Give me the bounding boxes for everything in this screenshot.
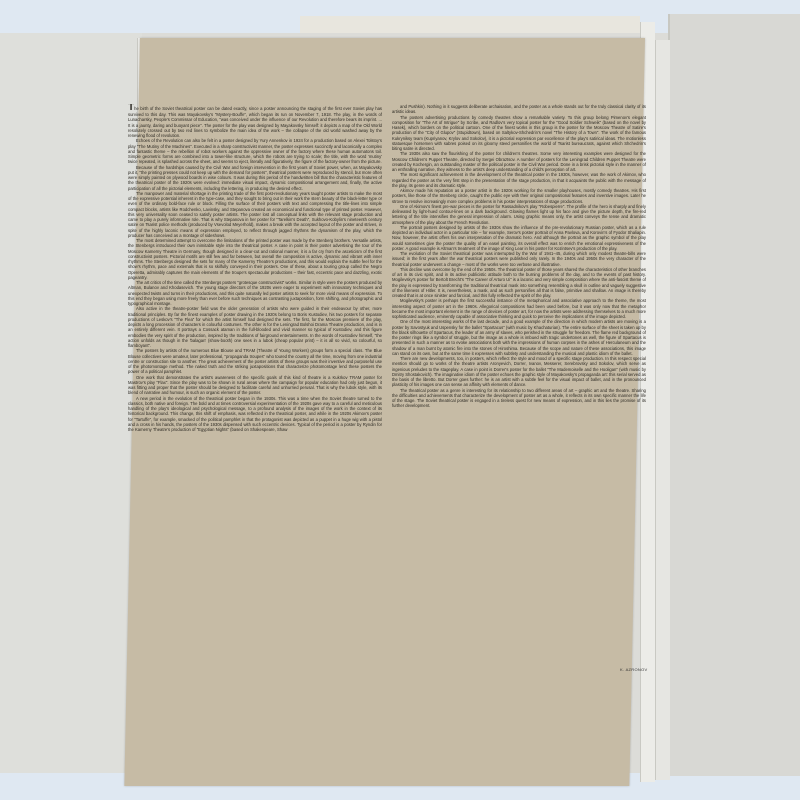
paragraph: A new period in the evolution of the the… <box>128 396 382 433</box>
paragraph: The birth of the Soviet theatrical poste… <box>128 104 382 138</box>
paragraph: Akimov made his reputation as a poster a… <box>392 188 646 204</box>
folder-left-panel <box>0 33 142 773</box>
paragraph: The posters advertising productions by c… <box>392 115 646 152</box>
paragraph: The theatrical poster as a genre is inte… <box>392 388 646 409</box>
paragraph: The most determined attempt to overcome … <box>128 238 382 280</box>
text-columns: The birth of the Soviet theatrical poste… <box>128 104 646 664</box>
folder-right-flap <box>668 14 800 776</box>
paragraph: Because of the hardships caused by the C… <box>128 165 382 191</box>
column-left: The birth of the Soviet theatrical poste… <box>128 104 382 664</box>
paragraph: One work that demonstrates the artist's … <box>128 375 382 396</box>
paragraph: The most significant achievement in the … <box>392 172 646 188</box>
paragraph: This decline was overcome by the end of … <box>392 267 646 299</box>
paragraph: The 1930s also saw the flourishing of th… <box>392 151 646 172</box>
paragraph: Echoes of the Revolution can also be fel… <box>128 138 382 164</box>
paragraph: and Pushkin). Nothing in it suggests del… <box>392 104 646 115</box>
column-right: and Pushkin). Nothing in it suggests del… <box>392 104 646 664</box>
paragraph: One of the most interesting works of the… <box>392 319 646 356</box>
drop-cap: T <box>128 104 134 113</box>
paragraph: The manpower and material shortage in th… <box>128 191 382 238</box>
paragraph: The art critics of the time called the S… <box>128 280 382 306</box>
author-signature: K. AZRONOV <box>620 667 647 672</box>
folder-spine <box>655 40 670 780</box>
paragraph: The portrait posters designed by artists… <box>392 225 646 251</box>
paragraph: There are new developments, too, in post… <box>392 356 646 388</box>
paragraph: The evolution of the Soviet theatrical p… <box>392 251 646 267</box>
paragraph: Mogilevsky's poster is perhaps the first… <box>392 298 646 319</box>
paragraph: Also active in the theatre-poster field … <box>128 306 382 348</box>
paragraph: The posters by artists of the numerous B… <box>128 348 382 374</box>
paragraph: One of Akimov's finest pre-war pieces is… <box>392 204 646 225</box>
